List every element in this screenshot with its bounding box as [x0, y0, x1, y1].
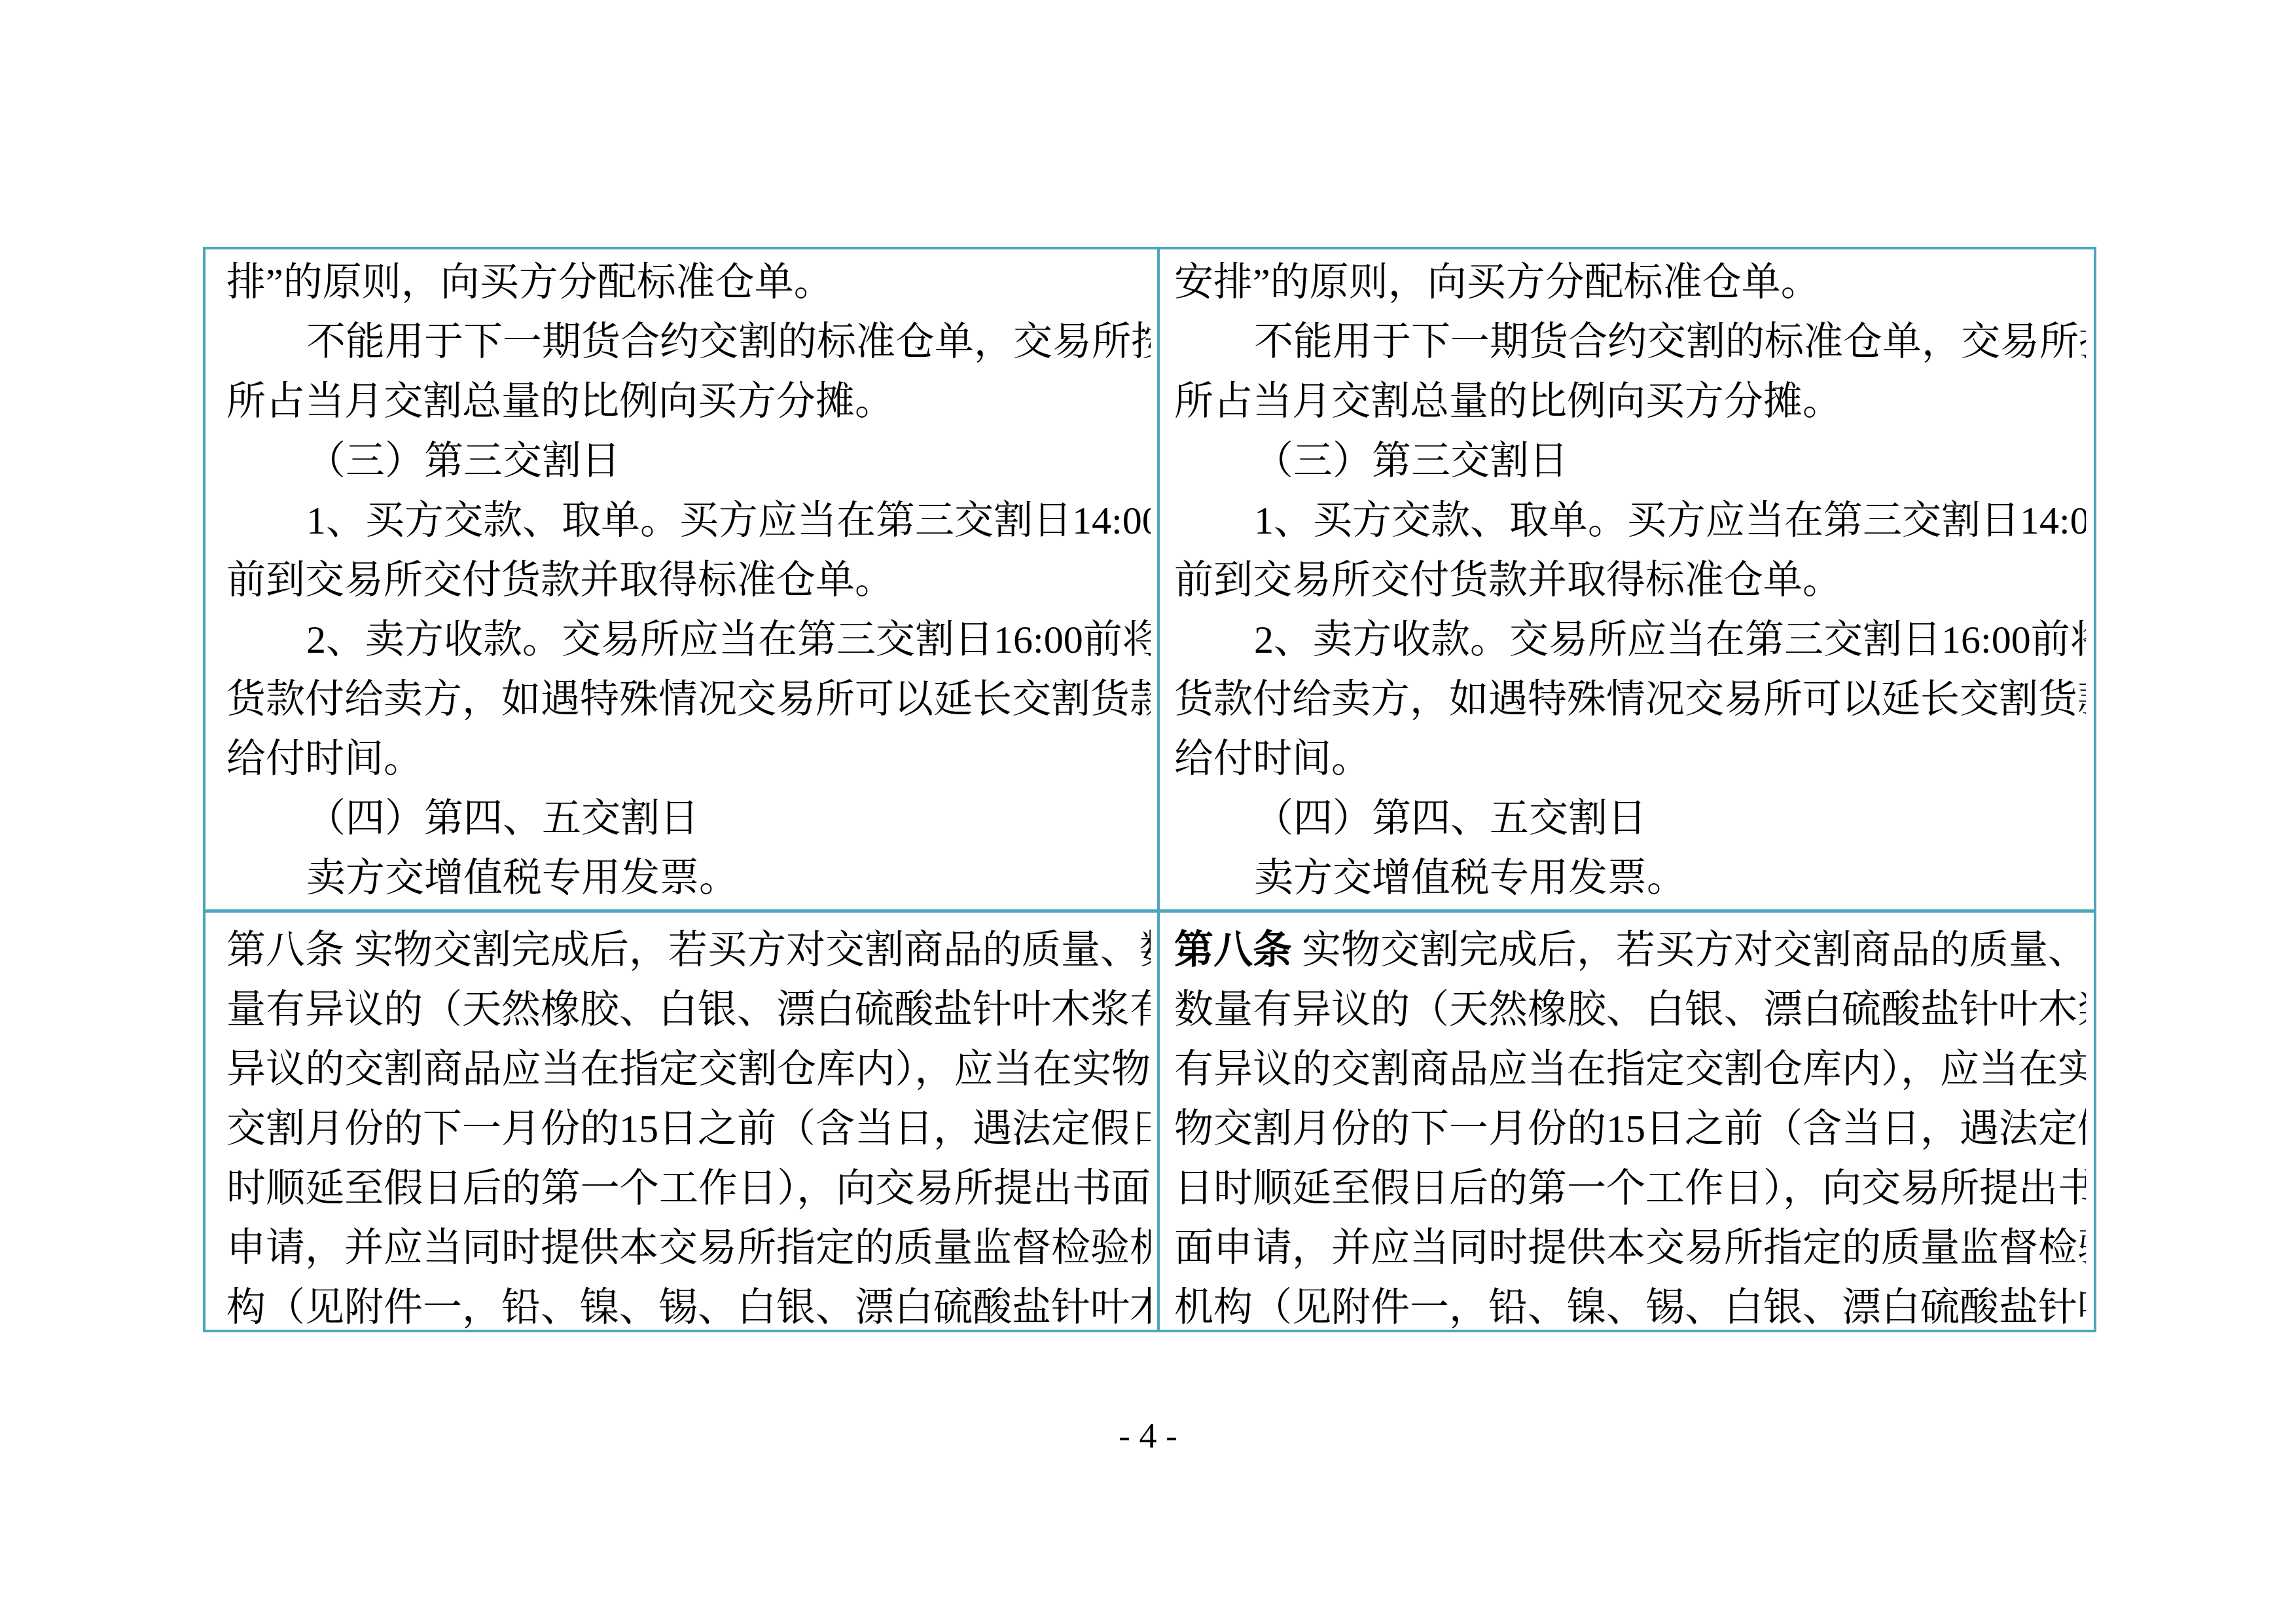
- text-line: 1、买方交款、取单。买方应当在第三交割日14:00: [1174, 491, 2086, 551]
- page-number: - 4 -: [0, 1416, 2296, 1455]
- text-line: 构（见附件一，铅、镍、锡、白银、漂白硫酸盐针叶木: [226, 1278, 1151, 1338]
- table-cell-top-left-delivery-rules: 排”的原则，向买方分配标准仓单。不能用于下一期货合约交割的标准仓单，交易所按所占…: [206, 249, 1157, 909]
- text-line: 异议的交割商品应当在指定交割仓库内），应当在实物: [226, 1040, 1151, 1099]
- text-line: 卖方交增值税专用发票。: [1174, 848, 2086, 908]
- text-line: （三）第三交割日: [1174, 431, 2086, 491]
- text-line: 有异议的交割商品应当在指定交割仓库内），应当在实: [1174, 1040, 2086, 1099]
- text-line: 2、卖方收款。交易所应当在第三交割日16:00前将: [226, 610, 1151, 670]
- text-line: 第八条 实物交割完成后，若买方对交割商品的质量、: [1174, 921, 2086, 980]
- text-line: 面申请，并应当同时提供本交易所指定的质量监督检验: [1174, 1218, 2086, 1278]
- text-line: 交割月份的下一月份的15日之前（含当日，遇法定假日: [226, 1099, 1151, 1159]
- text-line: 给付时间。: [1174, 729, 2086, 789]
- text-line: 给付时间。: [226, 729, 1151, 789]
- text-line: 申请，并应当同时提供本交易所指定的质量监督检验机: [226, 1218, 1151, 1278]
- text-line: 2、卖方收款。交易所应当在第三交割日16:00前将: [1174, 610, 2086, 670]
- text-line: 量有异议的（天然橡胶、白银、漂白硫酸盐针叶木浆有: [226, 980, 1151, 1040]
- text-line: 机构（见附件一，铅、镍、锡、白银、漂白硫酸盐针叶: [1174, 1278, 2086, 1338]
- text-line: 1、买方交款、取单。买方应当在第三交割日14:00: [226, 491, 1151, 551]
- rule-comparison-table: 排”的原则，向买方分配标准仓单。不能用于下一期货合约交割的标准仓单，交易所按所占…: [203, 247, 2096, 1332]
- text-line: 物交割月份的下一月份的15日之前（含当日，遇法定假: [1174, 1099, 2086, 1159]
- text-line: 安排”的原则，向买方分配标准仓单。: [1174, 253, 2086, 312]
- text-line: 排”的原则，向买方分配标准仓单。: [226, 253, 1151, 312]
- table-cell-top-right-delivery-rules: 安排”的原则，向买方分配标准仓单。不能用于下一期货合约交割的标准仓单，交易所按所…: [1160, 249, 2094, 909]
- text-line: 货款付给卖方，如遇特殊情况交易所可以延长交割货款: [226, 670, 1151, 729]
- text-line: 不能用于下一期货合约交割的标准仓单，交易所按: [1174, 312, 2086, 372]
- text-line: 日时顺延至假日后的第一个工作日），向交易所提出书: [1174, 1159, 2086, 1218]
- text-line: （四）第四、五交割日: [1174, 789, 2086, 848]
- text-line: 第八条 实物交割完成后，若买方对交割商品的质量、数: [226, 921, 1151, 980]
- text-line: 不能用于下一期货合约交割的标准仓单，交易所按: [226, 312, 1151, 372]
- text-line: 数量有异议的（天然橡胶、白银、漂白硫酸盐针叶木浆: [1174, 980, 2086, 1040]
- text-line: （三）第三交割日: [226, 431, 1151, 491]
- table-cell-bottom-right-article8: 第八条 实物交割完成后，若买方对交割商品的质量、数量有异议的（天然橡胶、白银、漂…: [1160, 913, 2094, 1330]
- article-number-bold: 第八条: [1174, 928, 1292, 972]
- document-page: 排”的原则，向买方分配标准仓单。不能用于下一期货合约交割的标准仓单，交易所按所占…: [0, 0, 2296, 1623]
- text-line: 卖方交增值税专用发票。: [226, 848, 1151, 908]
- text-line: 所占当月交割总量的比例向买方分摊。: [226, 372, 1151, 431]
- table-cell-bottom-left-article8: 第八条 实物交割完成后，若买方对交割商品的质量、数量有异议的（天然橡胶、白银、漂…: [206, 913, 1157, 1330]
- text-line: 所占当月交割总量的比例向买方分摊。: [1174, 372, 2086, 431]
- text-line: 时顺延至假日后的第一个工作日），向交易所提出书面: [226, 1159, 1151, 1218]
- text-line: （四）第四、五交割日: [226, 789, 1151, 848]
- text-line: 前到交易所交付货款并取得标准仓单。: [226, 551, 1151, 610]
- text-line: 前到交易所交付货款并取得标准仓单。: [1174, 551, 2086, 610]
- text-line: 货款付给卖方，如遇特殊情况交易所可以延长交割货款: [1174, 670, 2086, 729]
